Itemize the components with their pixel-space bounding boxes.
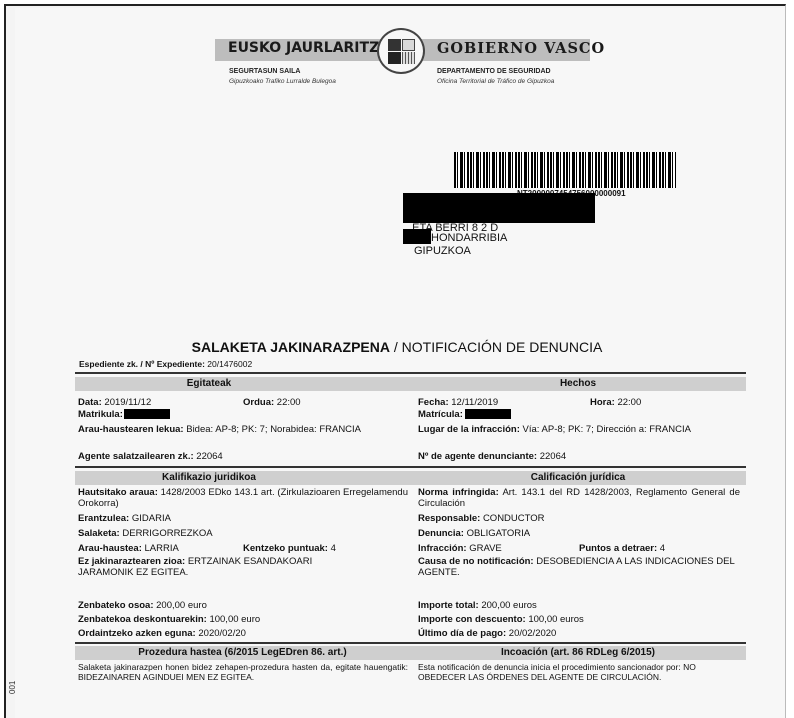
location-basque: Arau-haustearen lekua: Bidea: AP-8; PK: … — [78, 424, 361, 435]
redacted-plate-spanish — [465, 409, 511, 419]
procedure-text-basque: Salaketa jakinarazpen honen bidez zehape… — [78, 662, 408, 682]
barcode — [454, 152, 676, 188]
agent-basque: Agente salatzailearen zk.: 22064 — [78, 451, 223, 462]
title-basque: SALAKETA JAKINARAZPENA — [192, 339, 390, 355]
complaint-basque: Salaketa: DERRIGORREZKOA — [78, 528, 213, 539]
location-spanish: Lugar de la infracción: Vía: AP-8; PK: 7… — [418, 424, 691, 435]
infraction-spanish: Infracción: GRAVE — [418, 543, 502, 554]
divider — [75, 642, 746, 644]
heading-kalifikazio: Kalifikazio juridikoa — [75, 472, 343, 483]
deadline-basque: Ordaintzeko azken eguna: 2020/02/20 — [78, 628, 246, 639]
heading-hechos: Hechos — [410, 378, 746, 389]
divider — [75, 466, 746, 468]
divider — [75, 372, 746, 374]
logo-basque-text: EUSKO JAURLARITZA — [228, 40, 390, 56]
heading-incoacion: Incoación (art. 86 RDLeg 6/2015) — [410, 647, 746, 658]
address-province: GIPUZKOA — [414, 245, 471, 257]
department-basque: SEGURTASUN SAILA — [229, 68, 300, 75]
agent-spanish: Nº de agente denunciante: 22064 — [418, 451, 566, 462]
points-basque: Kentzeko puntuak: 4 — [243, 543, 336, 554]
complaint-spanish: Denuncia: OBLIGATORIA — [418, 528, 530, 539]
date-basque: Data: 2019/11/12 — [78, 397, 151, 408]
discount-basque: Zenbatekoa deskontuarekin: 100,00 euro — [78, 614, 260, 625]
heading-prozedura: Prozedura hastea (6/2015 LegEDren 86. ar… — [75, 647, 410, 658]
redacted-name-block — [403, 193, 595, 223]
document-title: SALAKETA JAKINARAZPENA / NOTIFICACIÓN DE… — [0, 339, 794, 355]
procedure-text-spanish: Esta notificación de denuncia inicia el … — [418, 662, 743, 682]
total-spanish: Importe total: 200,00 euros — [418, 600, 537, 611]
responsible-basque: Erantzulea: GIDARIA — [78, 513, 171, 524]
office-spanish: Oficina Territorial de Tráfico de Gipuzk… — [437, 78, 554, 85]
date-spanish: Fecha: 12/11/2019 — [418, 397, 498, 408]
plate-spanish: Matrícula: — [418, 409, 463, 420]
infraction-basque: Arau-haustea: LARRIA — [78, 543, 179, 554]
department-spanish: DEPARTAMENTO DE SEGURIDAD — [437, 68, 551, 75]
coat-of-arms-icon — [377, 28, 425, 74]
total-basque: Zenbateko osoa: 200,00 euro — [78, 600, 207, 611]
heading-egitateak: Egitateak — [75, 378, 343, 389]
reason-spanish: Causa de no notificación: DESOBEDIENCIA … — [418, 556, 738, 578]
expediente-number: Espediente zk. / Nº Expediente: 20/14760… — [79, 359, 252, 369]
points-spanish: Puntos a detraer: 4 — [579, 543, 665, 554]
norm-spanish: Norma infringida: Art. 143.1 del RD 1428… — [418, 487, 740, 509]
margin-mark: 001 — [8, 681, 17, 694]
redacted-address-block — [403, 229, 431, 244]
plate-basque: Matrikula: — [78, 409, 123, 420]
redacted-plate-basque — [124, 409, 170, 419]
reason-basque: Ez jakinaraztearen zioa: ERTZAINAK ESAND… — [78, 556, 368, 578]
discount-spanish: Importe con descuento: 100,00 euros — [418, 614, 584, 625]
responsible-spanish: Responsable: CONDUCTOR — [418, 513, 545, 524]
logo-spanish-text: GOBIERNO VASCO — [437, 40, 605, 57]
heading-calificacion: Calificación jurídica — [410, 472, 746, 483]
address-city: HONDARRIBIA — [431, 232, 507, 244]
time-spanish: Hora: 22:00 — [590, 397, 641, 408]
office-basque: Gipuzkoako Trafiko Lurralde Bulegoa — [229, 78, 336, 85]
time-basque: Ordua: 22:00 — [243, 397, 301, 408]
norm-basque: Hautsitako araua: 1428/2003 EDko 143.1 a… — [78, 487, 408, 509]
title-spanish: NOTIFICACIÓN DE DENUNCIA — [402, 339, 603, 355]
deadline-spanish: Último día de pago: 20/02/2020 — [418, 628, 556, 639]
